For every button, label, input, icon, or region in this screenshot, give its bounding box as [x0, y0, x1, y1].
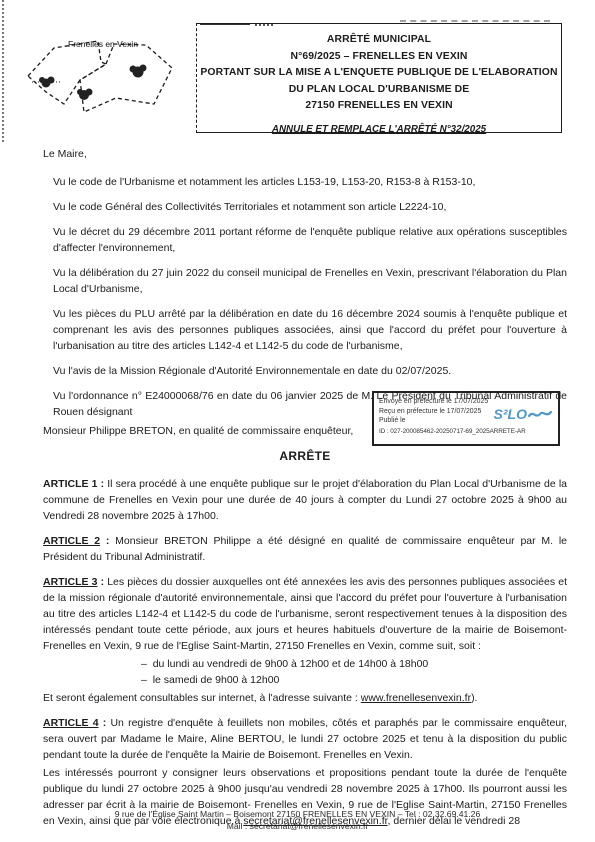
article-1-label: ARTICLE 1 — [43, 478, 97, 490]
title-line-2: N°69/2025 – FRENELLES EN VEXIN — [197, 49, 561, 66]
website-link[interactable]: www.frenellesenvexin.fr — [361, 692, 471, 704]
article-3-label: ARTICLE 3 — [43, 576, 97, 588]
footer-address-line: 9 rue de l'Église Saint Martin – Boisemo… — [0, 809, 595, 821]
arrete-heading: ARRÊTE — [43, 448, 567, 464]
commune-map-logo: Frenelles en Vexin — [22, 32, 182, 128]
article-3-internet: Et seront également consultables sur int… — [43, 690, 567, 706]
salutation: Le Maire, — [43, 146, 567, 162]
scan-smudge — [400, 20, 550, 22]
article-separator: : — [99, 717, 111, 729]
tree-icon — [39, 65, 147, 101]
internet-prefix: Et seront également consultables sur int… — [43, 692, 361, 704]
article-4-label: ARTICLE 4 — [43, 717, 99, 729]
article-2-text: Monsieur BRETON Philippe a été désigné e… — [43, 535, 567, 563]
document-page: Frenelles en Vexin ARRÊTÉ MUNICIPAL N°69… — [0, 0, 595, 842]
recital-cgct: Vu le code Général des Collectivités Ter… — [43, 199, 567, 215]
recital-urbanisme: Vu le code de l'Urbanisme et notamment l… — [43, 174, 567, 190]
title-line-1: ARRÊTÉ MUNICIPAL — [197, 32, 561, 49]
article-1: ARTICLE 1 : Il sera procédé à une enquêt… — [43, 476, 567, 524]
recital-decret-2011: Vu le décret du 29 décembre 2011 portant… — [43, 224, 567, 256]
annule-remplace-line: ANNULE ET REMPLACE L'ARRÊTÉ N°32/2025 — [272, 124, 486, 135]
commissaire-designation: Monsieur Philippe BRETON, en qualité de … — [43, 423, 567, 439]
hours-saturday: le samedi de 9h00 à 12h00 — [141, 672, 567, 688]
article-separator: : — [97, 478, 107, 490]
recital-mrae: Vu l'avis de la Mission Régionale d'Auto… — [43, 363, 567, 379]
scan-edge-artifact — [2, 0, 4, 142]
recital-deliberation-2022: Vu la délibération du 27 juin 2022 du co… — [43, 265, 567, 297]
opening-hours-list: du lundi au vendredi de 9h00 à 12h00 et … — [43, 656, 567, 688]
internet-suffix: ). — [471, 692, 477, 704]
recital-pieces-plu: Vu les pièces du PLU arrêté par la délib… — [43, 306, 567, 354]
article-separator: : — [97, 576, 107, 588]
article-separator: : — [100, 535, 115, 547]
article-3-text: Les pièces du dossier auxquelles ont été… — [43, 576, 567, 652]
footer-mail-line: Mail : secretariat@frenellesenvexin.fr — [0, 821, 595, 833]
logo-label: Frenelles en Vexin — [68, 39, 138, 49]
page-footer: 9 rue de l'Église Saint Martin – Boisemo… — [0, 809, 595, 832]
title-box: ARRÊTÉ MUNICIPAL N°69/2025 – FRENELLES E… — [196, 23, 562, 133]
article-2-label: ARTICLE 2 — [43, 535, 100, 547]
document-body: Le Maire, Vu le code de l'Urbanisme et n… — [43, 146, 567, 838]
title-line-5: 27150 FRENELLES EN VEXIN — [197, 98, 561, 115]
title-line-3: PORTANT SUR LA MISE A L'ENQUETE PUBLIQUE… — [197, 65, 561, 82]
article-4-text-1: Un registre d'enquête à feuillets non mo… — [43, 717, 567, 761]
article-3: ARTICLE 3 : Les pièces du dossier auxque… — [43, 574, 567, 654]
article-1-text: Il sera procédé à une enquête publique s… — [43, 478, 567, 522]
footer-mail-label: Mail : — [227, 821, 250, 831]
recital-ordonnance: Vu l'ordonnance n° E24000068/76 en date … — [43, 388, 567, 420]
hours-weekdays: du lundi au vendredi de 9h00 à 12h00 et … — [141, 656, 567, 672]
footer-mail-address: secretariat@frenellesenvexin.fr — [250, 821, 369, 831]
title-line-4: DU PLAN LOCAL D'URBANISME DE — [197, 82, 561, 99]
article-2: ARTICLE 2 : Monsieur BRETON Philippe a é… — [43, 533, 567, 565]
article-4: ARTICLE 4 : Un registre d'enquête à feui… — [43, 715, 567, 763]
